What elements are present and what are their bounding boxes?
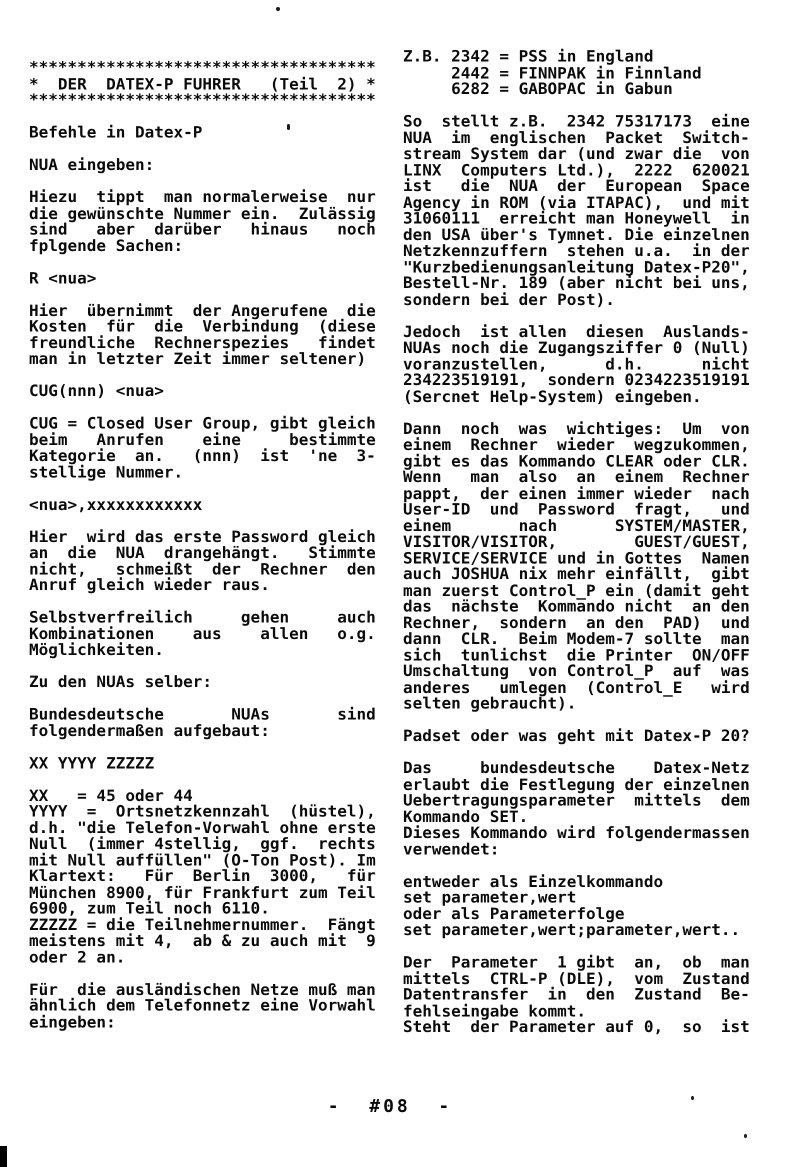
scan-speck xyxy=(691,1096,694,1100)
text-line: Anruf gleich wieder raus. xyxy=(29,577,376,593)
text-line: eingeben: xyxy=(29,1014,376,1030)
text-line: set parameter,wert;parameter,wert.. xyxy=(403,922,750,938)
text-line: stellige Nummer. xyxy=(29,464,376,480)
text-line: sondern bei der Post). xyxy=(403,292,750,308)
scan-speck xyxy=(744,1134,747,1138)
text-line: fplgende Sachen: xyxy=(29,238,376,254)
text-line: selten gebraucht). xyxy=(403,696,750,712)
scan-edge-artifact xyxy=(0,1146,7,1167)
left-text-column: ************************************* DE… xyxy=(29,60,376,1030)
text-line: Steht der Parameter auf 0, so ist xyxy=(403,1019,750,1035)
text-line: XX YYYY ZZZZZ xyxy=(29,755,376,771)
text-line: oder 2 an. xyxy=(29,949,376,965)
text-line: (Sercnet Help-System) eingeben. xyxy=(403,389,750,405)
text-line: Befehle in Datex-P xyxy=(29,125,376,141)
scan-speck xyxy=(287,124,290,130)
scan-speck xyxy=(276,7,280,11)
text-line: Zu den NUAs selber: xyxy=(29,674,376,690)
text-line: ************************************ xyxy=(29,92,376,108)
scanned-zine-page: ************************************* DE… xyxy=(0,0,800,1167)
text-line: NUA eingeben: xyxy=(29,157,376,173)
text-line: Möglichkeiten. xyxy=(29,642,376,658)
text-line: R <nua> xyxy=(29,270,376,286)
right-text-column: Z.B. 2342 = PSS in England 2442 = FINNPA… xyxy=(403,49,750,1035)
text-line: verwendet: xyxy=(403,841,750,857)
text-line: folgendermaßen aufgebaut: xyxy=(29,723,376,739)
text-line: Padset oder was geht mit Datex-P 20? xyxy=(403,728,750,744)
text-line: CUG(nnn) <nua> xyxy=(29,383,376,399)
page-number: - #08 - xyxy=(0,1096,780,1117)
text-line: 6282 = GABOPAC in Gabun xyxy=(403,81,750,97)
text-line: <nua>,xxxxxxxxxxxx xyxy=(29,497,376,513)
text-line: man in letzter Zeit immer seltener) xyxy=(29,351,376,367)
